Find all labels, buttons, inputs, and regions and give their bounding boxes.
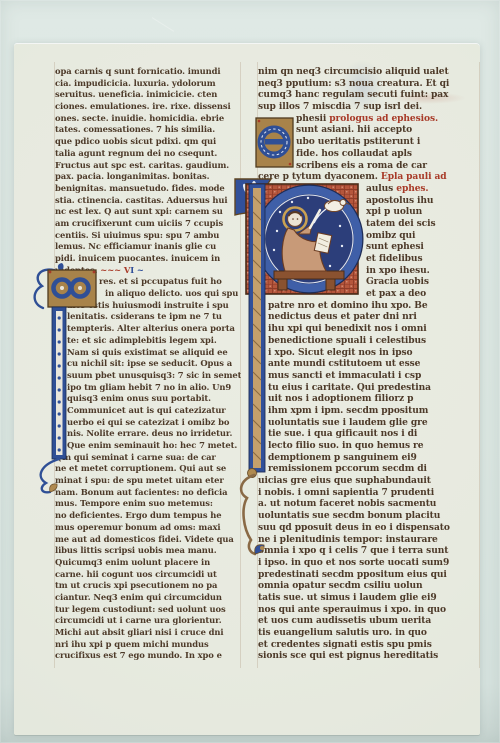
text-line: Fructus aut spc est. caritas. gaudium. — [55, 160, 241, 172]
text-line: tis euangelium salutis uro. in quo — [258, 627, 480, 639]
text-line: ciones. emulationes. ire. rixe. dissensi — [55, 101, 241, 113]
initial-f-red-dot — [93, 271, 96, 274]
text-line: stia. ctinencia. castitas. Aduersus hui — [55, 195, 241, 207]
photo-backdrop: opa carnis q sunt fornicatio. imundicia.… — [0, 0, 500, 743]
manuscript-leaf: opa carnis q sunt fornicatio. imundicia.… — [14, 44, 480, 735]
text-line: nim qn neq3 circumcisio aliquid ualet — [258, 66, 480, 78]
initial-p-tail-dot — [260, 546, 264, 550]
initial-f-bottom-leaf — [50, 484, 57, 492]
text-line: Michi aut absit gliari nisi i cruce dni — [55, 627, 241, 639]
text-line: pax. pacia. longanimitas. bonitas. — [55, 171, 241, 183]
text-line: seruitus. ueneficia. inimicicie. cten — [55, 89, 241, 101]
text-line: neq3 pputium: s3 noua creatura. Et qi — [258, 78, 480, 90]
initial-e — [255, 116, 295, 170]
text-line: tatis sue. ut simus i laudem glie ei9 — [258, 592, 480, 604]
paul-eye — [297, 218, 299, 220]
text-line: centiis. Si uiuimus spu: spu 7 ambu — [55, 230, 241, 242]
text-line: tm ut crucis xpi psecutionem no pa — [55, 580, 241, 592]
text-line: que pdico uobis sicut pdixi. qm qui — [55, 136, 241, 148]
text-line: nos qui ante sperauimus i xpo. in quo — [258, 604, 480, 616]
text-line: nc est lex. Q aut sunt xpi: carnem su — [55, 206, 241, 218]
text-line: no deficientes. Ergo dum tempus he — [55, 510, 241, 522]
initial-f-bar-core — [56, 311, 63, 455]
initial-f-red-dot — [49, 271, 52, 274]
text-line: et credentes signati estis spu pmis — [258, 639, 480, 651]
text-line: Quicumq3 enim uolunt placere in — [55, 557, 241, 569]
text-line: nri ihu xpi p quem michi mundus — [55, 639, 241, 651]
text-line: crucifixus est 7 ego mundo. In xpo e — [55, 650, 241, 662]
text-line: opa carnis q sunt fornicatio. imundi — [55, 66, 241, 78]
text-line: sup illos 7 miscdia 7 sup isrl dei. — [258, 101, 480, 113]
text-line: tates. comessationes. 7 his similia. — [55, 124, 241, 136]
text-line: ciantur. Neq3 enim qui circumcidun — [55, 592, 241, 604]
book-icon — [314, 233, 331, 254]
text-line: lemus. Nc efficiamur inanis glie cu — [55, 241, 241, 253]
text-line: talia agunt regnum dei no csequnt. — [55, 148, 241, 160]
text-line: carne. hii cogunt uos circumcidi ut — [55, 569, 241, 581]
initial-p-tail-flourish — [241, 475, 255, 554]
text-line: sionis sce qui est pignus hereditatis — [258, 650, 480, 662]
paul-eye — [292, 218, 294, 220]
initial-e-red-dot — [289, 163, 292, 166]
text-line: am crucifixerunt cum uiciis 7 ccupis — [55, 218, 241, 230]
text-line: cumq3 hanc regulam secuti fuint: pax — [258, 89, 480, 101]
initial-f-knot-eye — [78, 286, 82, 290]
text-line: mus. Tempore enim suo metemus: — [55, 498, 241, 510]
text-line: tur legem custodiunt: sed uolunt uos — [55, 604, 241, 616]
initial-e-red-dot — [258, 120, 261, 123]
text-line: omnia opatur secdm csiliu uolun — [258, 580, 480, 592]
text-line: mus operemur bonum ad oms: maxi — [55, 522, 241, 534]
initial-f-knot-eye — [60, 286, 64, 290]
text-line: circumcidi ut i carne ura glorientur. — [55, 615, 241, 627]
text-line: libus littis scripsi uobis mea manu. — [55, 545, 241, 557]
text-line: benignitas. mansuetudo. fides. mode — [55, 183, 241, 195]
text-line: ones. secte. inuidie. homicidia. ebrie — [55, 113, 241, 125]
initial-p-historiated — [232, 176, 360, 568]
text-line: cia. impudicicia. luxuria. ydolorum — [55, 78, 241, 90]
initial-e-bar — [265, 139, 286, 145]
initial-f — [28, 256, 108, 496]
mat-scratch — [152, 17, 175, 32]
text-line: predestinati secdm ppositum eius qui — [258, 569, 480, 581]
text-line: me aut ad domesticos fidei. Videte qua — [55, 534, 241, 546]
text-line: et uos cum audissetis ubum uerita — [258, 615, 480, 627]
